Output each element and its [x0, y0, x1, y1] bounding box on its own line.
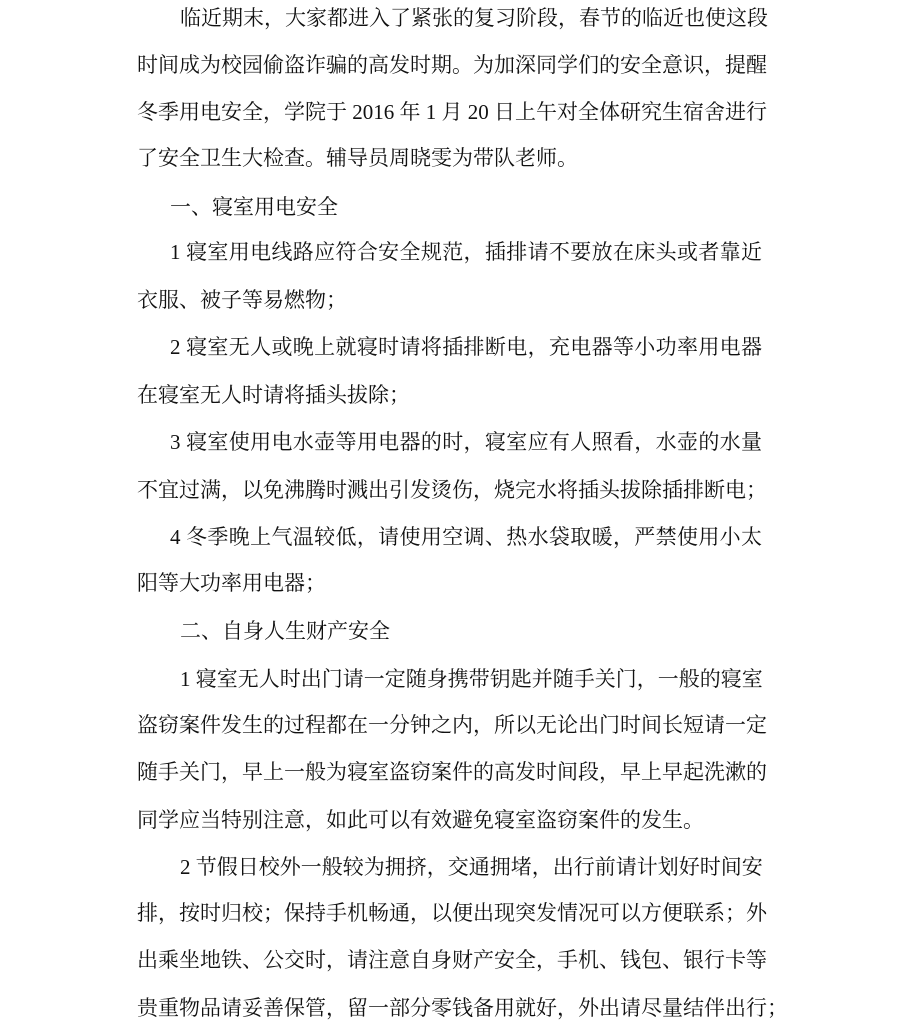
- paragraph-line: 时间成为校园偷盗诈骗的高发时期。为加深同学们的安全意识，提醒: [137, 50, 762, 80]
- paragraph-line: 2 节假日校外一般较为拥挤，交通拥堵，出行前请计划好时间安: [180, 852, 762, 882]
- paragraph-line: 出乘坐地铁、公交时，请注意自身财产安全，手机、钱包、银行卡等: [137, 945, 762, 975]
- paragraph-line: 衣服、被子等易燃物；: [137, 285, 762, 315]
- paragraph-line: 4 冬季晚上气温较低，请使用空调、热水袋取暖，严禁使用小太: [170, 522, 762, 552]
- section-heading: 一、寝室用电安全: [170, 192, 470, 222]
- paragraph-line: 不宜过满，以免沸腾时溅出引发烫伤，烧完水将插头拔除插排断电；: [137, 475, 762, 505]
- paragraph-line: 同学应当特别注意，如此可以有效避免寝室盗窃案件的发生。: [137, 805, 762, 835]
- paragraph-line: 临近期末，大家都进入了紧张的复习阶段，春节的临近也使这段: [180, 3, 762, 33]
- paragraph-line: 冬季用电安全，学院于 2016 年 1 月 20 日上午对全体研究生宿舍进行: [137, 97, 762, 127]
- section-heading: 二、自身人生财产安全: [180, 616, 480, 646]
- paragraph-line: 阳等大功率用电器；: [137, 568, 762, 598]
- paragraph-line: 在寝室无人时请将插头拔除；: [137, 380, 762, 410]
- paragraph-line: 了安全卫生大检查。辅导员周晓雯为带队老师。: [137, 143, 762, 173]
- paragraph-line: 随手关门，早上一般为寝室盗窃案件的高发时间段，早上早起洗漱的: [137, 757, 762, 787]
- paragraph-line: 3 寝室使用电水壶等用电器的时，寝室应有人照看，水壶的水量: [170, 427, 762, 457]
- paragraph-line: 盗窃案件发生的过程都在一分钟之内，所以无论出门时间长短请一定: [137, 710, 762, 740]
- paragraph-line: 贵重物品请妥善保管，留一部分零钱备用就好，外出请尽量结伴出行；: [137, 993, 762, 1023]
- paragraph-line: 1 寝室无人时出门请一定随身携带钥匙并随手关门，一般的寝室: [180, 664, 762, 694]
- document-page: 临近期末，大家都进入了紧张的复习阶段，春节的临近也使这段 时间成为校园偷盗诈骗的…: [0, 0, 900, 1023]
- paragraph-line: 排，按时归校；保持手机畅通，以便出现突发情况可以方便联系；外: [137, 898, 762, 928]
- paragraph-line: 1 寝室用电线路应符合安全规范，插排请不要放在床头或者靠近: [170, 237, 762, 267]
- paragraph-line: 2 寝室无人或晚上就寝时请将插排断电，充电器等小功率用电器: [170, 332, 762, 362]
